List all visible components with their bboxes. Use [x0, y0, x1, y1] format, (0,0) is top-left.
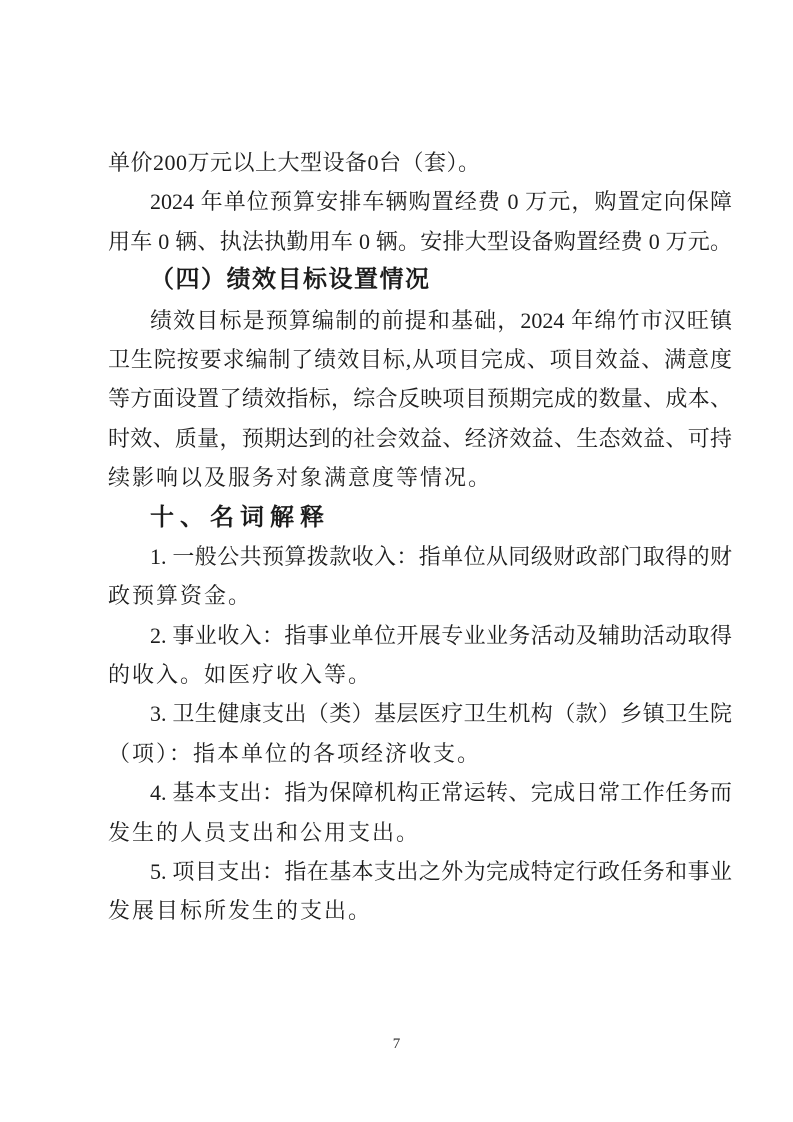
- text-line-equipment-continuation: 单价200万元以上大型设备0台（套）。: [108, 143, 732, 182]
- document-body: 单价200万元以上大型设备0台（套）。 2024 年单位预算安排车辆购置经费 0…: [108, 143, 732, 931]
- page-number: 7: [0, 1036, 793, 1053]
- text-line-vehicle-budget-1: 2024 年单位预算安排车辆购置经费 0 万元，购置定向保障: [108, 182, 732, 221]
- text-line-term1-line1: 1. 一般公共预算拨款收入：指单位从同级财政部门取得的财: [108, 537, 732, 576]
- text-line-term1-line2: 政预算资金。: [108, 576, 732, 615]
- text-line-performance-2: 卫生院按要求编制了绩效目标,从项目完成、项目效益、满意度: [108, 340, 732, 379]
- section-heading-glossary: 十、名词解释: [108, 498, 732, 537]
- text-line-term2-line2: 的收入。如医疗收入等。: [108, 655, 732, 694]
- text-line-term3-line1: 3. 卫生健康支出（类）基层医疗卫生机构（款）乡镇卫生院: [108, 694, 732, 733]
- text-line-performance-1: 绩效目标是预算编制的前提和基础，2024 年绵竹市汉旺镇: [108, 301, 732, 340]
- text-line-term4-line1: 4. 基本支出：指为保障机构正常运转、完成日常工作任务而: [108, 773, 732, 812]
- text-line-performance-4: 时效、质量，预期达到的社会效益、经济效益、生态效益、可持: [108, 419, 732, 458]
- document-page: 单价200万元以上大型设备0台（套）。 2024 年单位预算安排车辆购置经费 0…: [0, 0, 793, 1122]
- text-line-term5-line2: 发展目标所发生的支出。: [108, 891, 732, 930]
- text-line-term2-line1: 2. 事业收入：指事业单位开展专业业务活动及辅助活动取得: [108, 616, 732, 655]
- text-line-term4-line2: 发生的人员支出和公用支出。: [108, 813, 732, 852]
- text-line-vehicle-budget-2: 用车 0 辆、执法执勤用车 0 辆。安排大型设备购置经费 0 万元。: [108, 222, 732, 261]
- text-line-performance-3: 等方面设置了绩效指标，综合反映项目预期完成的数量、成本、: [108, 379, 732, 418]
- text-line-term3-line2: （项）：指本单位的各项经济收支。: [108, 734, 732, 773]
- text-line-term5-line1: 5. 项目支出：指在基本支出之外为完成特定行政任务和事业: [108, 852, 732, 891]
- section-heading-performance-targets: （四）绩效目标设置情况: [108, 261, 732, 300]
- text-line-performance-5: 续影响以及服务对象满意度等情况。: [108, 458, 732, 497]
